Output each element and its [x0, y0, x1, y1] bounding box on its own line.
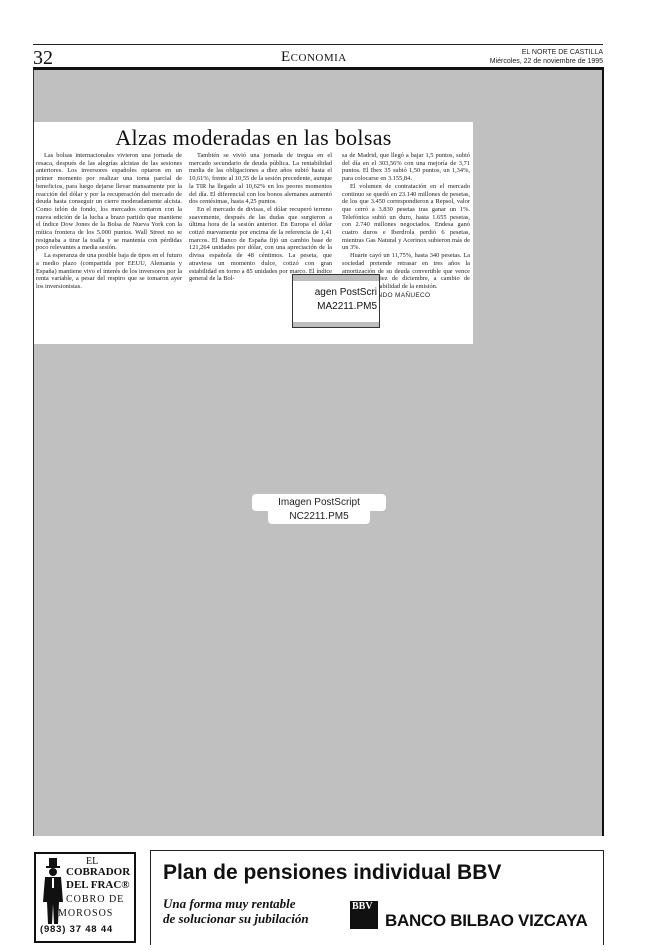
ad-text-del-frac: DEL FRAC®	[66, 879, 130, 891]
page-header: 32 Economia EL NORTE DE CASTILLA Miércol…	[33, 44, 603, 67]
ad-slogan-line-2: de solucionar su jubilación	[163, 911, 309, 926]
bank-name: BANCO BILBAO VIZCAYA	[385, 911, 587, 931]
paragraph: La esperanza de una posible baja de tipo…	[36, 252, 182, 291]
placeholder-filename: MA2211.PM5	[317, 300, 377, 313]
ad-slogan-line-1: Una forma muy rentable	[163, 896, 309, 911]
inner-postscript-image-placeholder: agen PostScri MA2211.PM5	[292, 274, 380, 328]
paragraph: También se vivió una jornada de tregua e…	[189, 152, 332, 206]
placeholder-label: agen PostScri	[315, 286, 377, 299]
placeholder-filename: NC2211.PM5	[268, 508, 370, 524]
ad-text-cobrador: COBRADOR	[66, 866, 130, 878]
bbv-advertisement: Plan de pensiones individual BBV Una for…	[150, 850, 604, 945]
paragraph: El volumen de contratación en el mercado…	[342, 183, 470, 252]
ad-text-morosos: MOROSOS	[58, 908, 113, 919]
paragraph: En el mercado de divisas, el dólar recup…	[189, 206, 332, 283]
newspaper-name: EL NORTE DE CASTILLA	[490, 48, 603, 57]
bbv-logo-icon: BBV	[350, 901, 378, 929]
page-content-area: Alzas moderadas en las bolsas Las bolsas…	[33, 67, 604, 836]
section-title: Economia	[281, 49, 347, 66]
ad-slogan: Una forma muy rentable de solucionar su …	[163, 896, 309, 926]
ad-title: Plan de pensiones individual BBV	[163, 861, 501, 885]
paragraph: Las bolsas internacionales vivieron una …	[36, 152, 182, 252]
article: Alzas moderadas en las bolsas Las bolsas…	[34, 122, 473, 344]
ad-text-cobro-de: COBRO DE	[66, 894, 124, 905]
ad-phone-number: (983) 37 48 44	[40, 924, 113, 935]
paragraph: sa de Madrid, que llegó a bajar 1,5 punt…	[342, 152, 470, 183]
article-column-2: También se vivió una jornada de tregua e…	[189, 152, 332, 283]
masthead: EL NORTE DE CASTILLA Miércoles, 22 de no…	[490, 48, 603, 66]
article-column-1: Las bolsas internacionales vivieron una …	[36, 152, 182, 291]
publication-date: Miércoles, 22 de noviembre de 1995	[490, 57, 603, 66]
cobrador-advertisement: EL COBRADOR DEL FRAC® COBRO DE MOROSOS (…	[34, 852, 136, 943]
article-headline: Alzas moderadas en las bolsas	[34, 125, 473, 151]
postscript-image-placeholder: Imagen PostScript NC2211.PM5	[252, 494, 386, 530]
